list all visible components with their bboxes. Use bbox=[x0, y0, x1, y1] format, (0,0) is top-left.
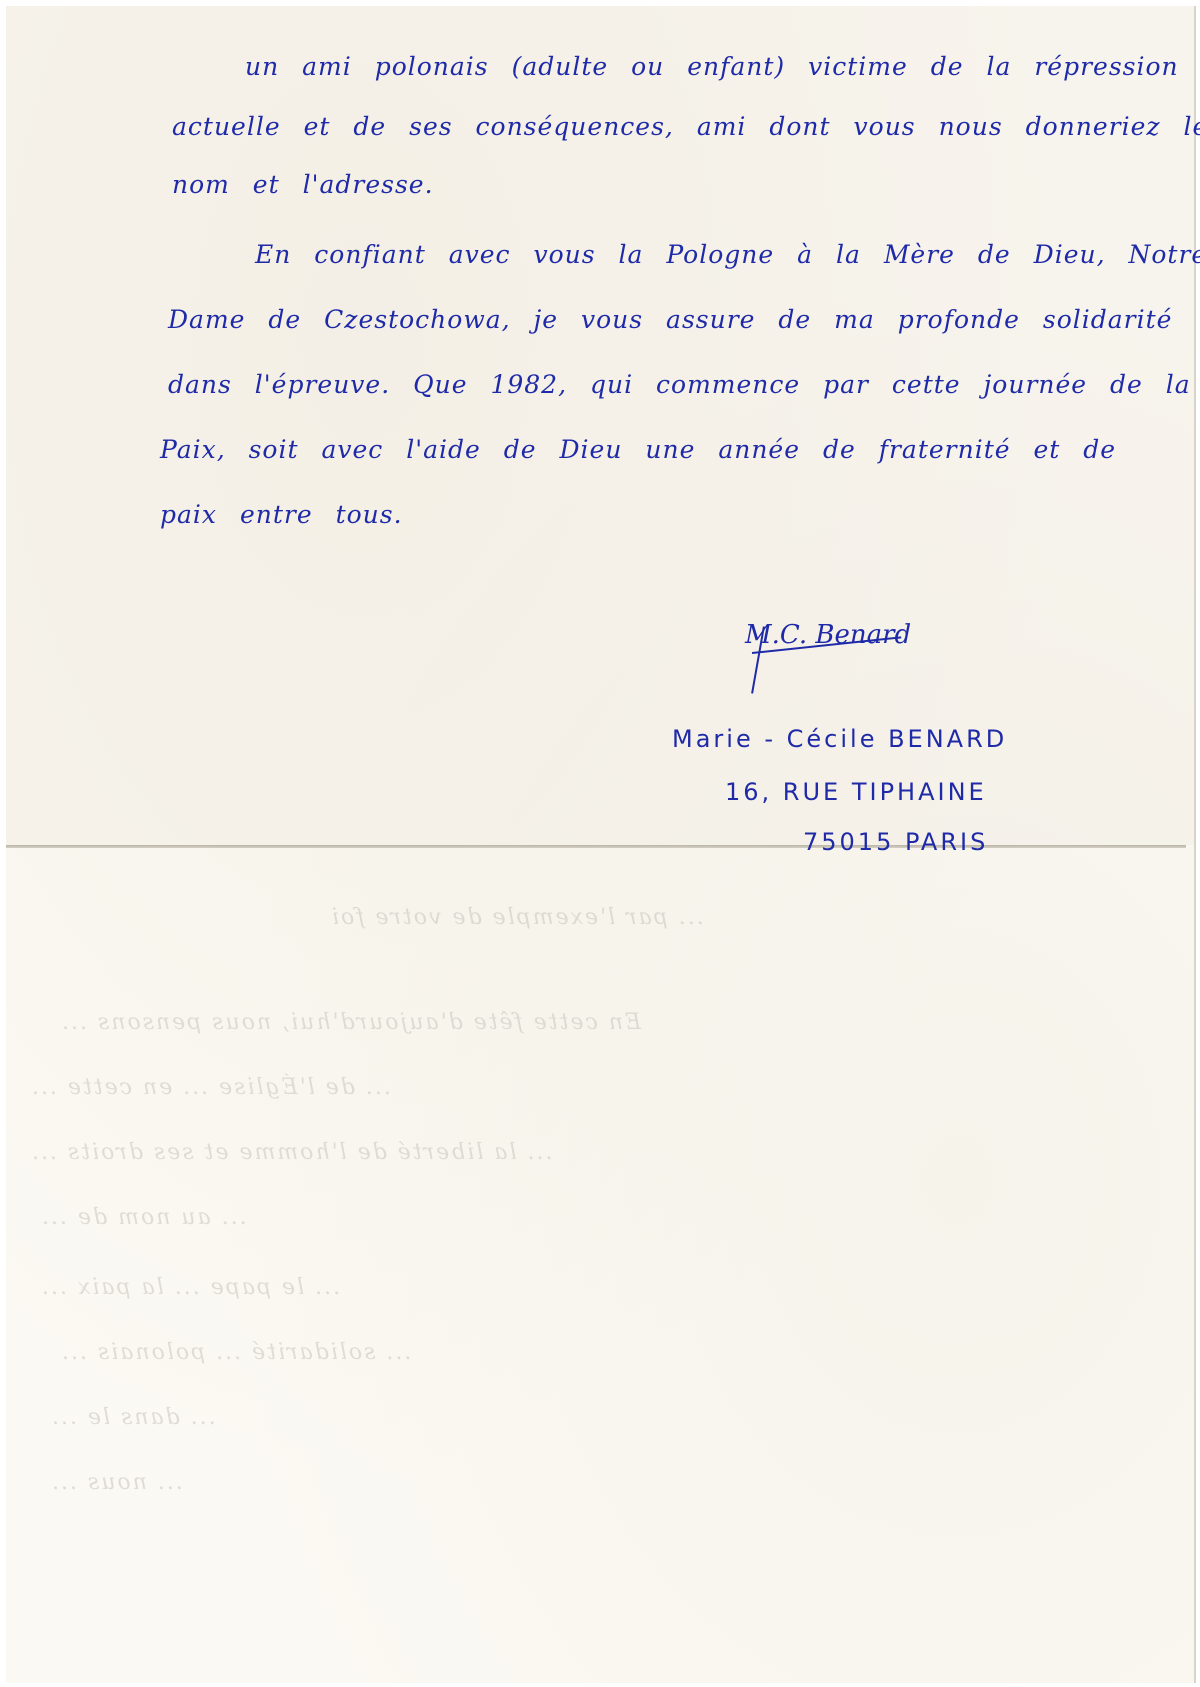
letter-line-7: Paix, soit avec l'aide de Dieu une année… bbox=[160, 435, 1116, 464]
sender-city: 75015 PARIS bbox=[803, 828, 988, 856]
show-through-line: ... dans le ... bbox=[50, 1405, 216, 1430]
sender-street: 16, RUE TIPHAINE bbox=[725, 778, 987, 806]
show-through-line: ... par l'exemple de votre foi bbox=[330, 905, 704, 930]
letter-line-5: Dame de Czestochowa, je vous assure de m… bbox=[168, 305, 1172, 334]
show-through-line: ... nous ... bbox=[50, 1470, 183, 1495]
letter-line-4: En confiant avec vous la Pologne à la Mè… bbox=[255, 240, 1200, 269]
sender-name: Marie - Cécile BENARD bbox=[672, 725, 1007, 753]
show-through-line: ... solidarité ... polonais ... bbox=[60, 1340, 411, 1365]
letter-line-8: paix entre tous. bbox=[160, 500, 403, 529]
paper-fold-line bbox=[6, 845, 1186, 848]
show-through-line: En cette fête d'aujourd'hui, nous penson… bbox=[60, 1010, 641, 1035]
letter-line-6: dans l'épreuve. Que 1982, qui commence p… bbox=[168, 370, 1191, 399]
letter-line-1: un ami polonais (adulte ou enfant) victi… bbox=[245, 52, 1179, 81]
show-through-line: ... le pape ... la paix ... bbox=[40, 1275, 340, 1300]
letter-line-3: nom et l'adresse. bbox=[172, 170, 434, 199]
show-through-line: ... la liberté de l'homme et ses droits … bbox=[30, 1140, 552, 1165]
show-through-line: ... au nom de ... bbox=[40, 1205, 247, 1230]
show-through-line: ... de l'Église ... en cette ... bbox=[30, 1075, 391, 1100]
letter-line-2: actuelle et de ses conséquences, ami don… bbox=[172, 112, 1200, 141]
